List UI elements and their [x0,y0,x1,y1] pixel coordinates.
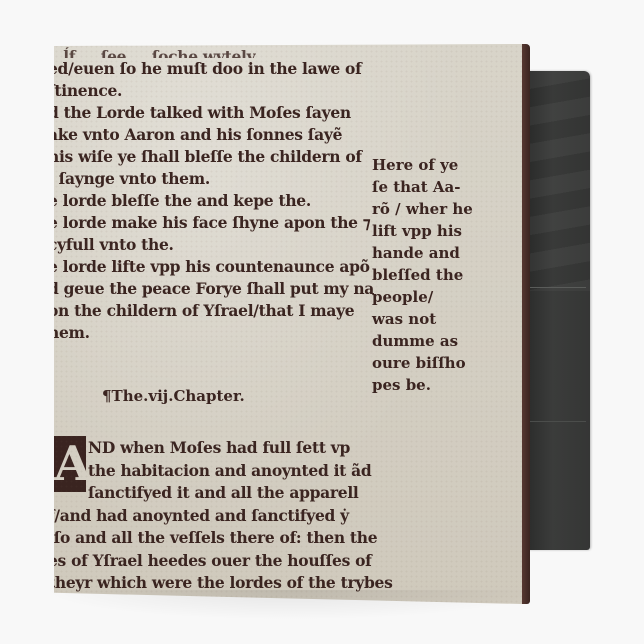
drop-shadow [40,590,540,620]
text-line: his wiſe ye ſhall bleſſe the childern of [54,146,400,168]
text-line: ed/euen ſo he muſt doo in the lawe of [54,58,400,80]
text-line: ſanctifyed it and all the apparell [54,482,400,505]
text-line-cut: ...ĺƒ ... ſee ... ſoche wytely [54,46,400,58]
text-line: d geue the peace Forye ſhall put my na [54,278,400,300]
binder-back-cover [528,71,590,550]
margin-note-line: people/ [372,286,482,308]
front-cover-edge [521,44,530,604]
text-line: e lorde make his face ſhyne apon the ⁊ [54,212,400,234]
margin-note-line: ſe that Aa- [372,176,482,198]
text-line: e lorde lifte vpp his countenaunce apõ [54,256,400,278]
text-line: ND when Moſes had full ſett vp [54,437,400,460]
back-cover-sheen [528,71,590,291]
text-line: l ſaynge vnto them. [54,168,400,190]
text-line: es of Yſrael heedes ouer the houſſes of [54,550,400,573]
margin-note-line: bleſſed the [372,264,482,286]
text-line: hem. [54,322,400,344]
text-line: ſtinence. [54,80,400,102]
margin-note-line: oure biſſho [372,352,482,374]
page-text-bottom: ND when Moſes had full ſett vp the habit… [54,437,400,595]
chapter-heading: ¶The.vij.Chapter. [102,387,245,405]
margin-note-line: Here of ye [372,154,482,176]
back-cover-seam [528,287,586,288]
margin-note: Here of ye ſe that Aa- rõ / wher he lift… [372,154,482,396]
margin-note-line: rõ / wher he [372,198,482,220]
text-line: on the childern of Yſrael/that I maye [54,300,400,322]
text-line: ake vnto Aaron and his ſonnes ſayẽ [54,124,400,146]
text-line: f/and had anoynted and ſanctifyed ẏ [54,505,400,528]
margin-note-line: dumme as [372,330,482,352]
binder-front-cover: ...ĺƒ ... ſee ... ſoche wytely ed/euen ſ… [54,44,522,604]
margin-note-line: was not [372,308,482,330]
margin-note-line: hande and [372,242,482,264]
binder-product-image: ...ĺƒ ... ſee ... ſoche wytely ed/euen ſ… [0,0,644,644]
back-cover-seam [528,421,586,422]
text-line: cyfull vnto the. [54,234,400,256]
text-line: d the Lorde talked with Moſes ſayen [54,102,400,124]
page-text-top: ...ĺƒ ... ſee ... ſoche wytely ed/euen ſ… [54,52,400,344]
text-line: e lorde bleſſe the and kepe the. [54,190,400,212]
margin-note-line: pes be. [372,374,482,396]
text-line: lſo and all the veſſels there of: then t… [54,527,400,550]
text-line: the habitacion and anoynted it ãd [54,460,400,483]
margin-note-line: lift vpp his [372,220,482,242]
